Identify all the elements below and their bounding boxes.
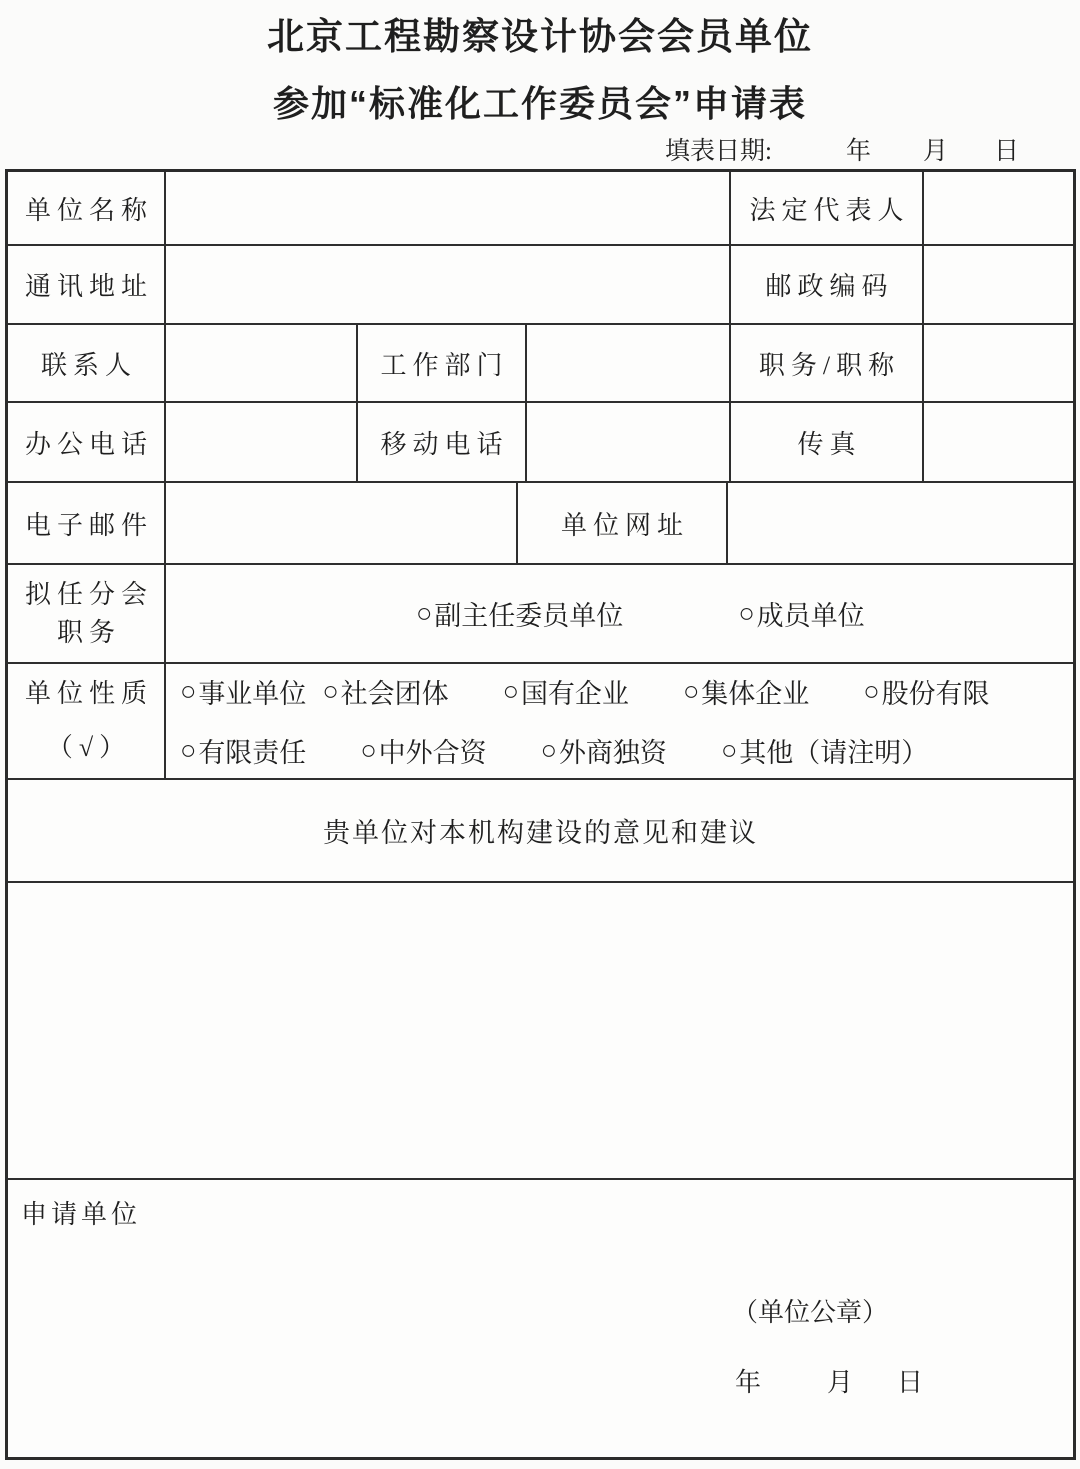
option-foreign-owned[interactable]: ○外商独资 xyxy=(541,731,667,770)
unit-type-label: 单位性质 （√） xyxy=(8,664,166,778)
fax-field[interactable] xyxy=(924,403,1073,481)
branch-role-label: 拟任分会 职务 xyxy=(8,565,166,662)
unit-type-label-line2: （√） xyxy=(41,731,131,765)
option-other[interactable]: ○其他（请注明） xyxy=(721,731,928,770)
table-row: 联系人 工作部门 职务/职称 xyxy=(8,325,1073,403)
fill-date-month-unit: 月 xyxy=(923,131,948,167)
form-title-line1: 北京工程勘察设计协会会员单位 xyxy=(0,6,1080,60)
option-joint-stock[interactable]: ○股份有限 xyxy=(863,672,989,711)
option-joint-stock-label: 股份有限 xyxy=(882,672,990,711)
fill-date-day-unit: 日 xyxy=(994,131,1019,167)
radio-circle-icon: ○ xyxy=(416,600,432,627)
radio-circle-icon: ○ xyxy=(721,737,737,764)
radio-circle-icon: ○ xyxy=(180,737,196,764)
office-phone-label: 办公电话 xyxy=(8,403,166,481)
branch-role-label-line2: 职务 xyxy=(51,616,121,650)
option-collective-label: 集体企业 xyxy=(701,672,809,711)
website-field[interactable] xyxy=(728,483,1073,563)
option-state-owned[interactable]: ○国有企业 xyxy=(503,672,629,711)
branch-role-options: ○副主任委员单位 ○成员单位 xyxy=(166,565,1073,662)
option-sino-foreign-jv-label: 中外合资 xyxy=(379,731,487,770)
application-form-table: 单位名称 法定代表人 通讯地址 邮政编码 联系人 工作部门 职务/职称 办公电话… xyxy=(5,169,1076,1460)
website-label: 单位网址 xyxy=(518,483,728,563)
application-form-page: 北京工程勘察设计协会会员单位 参加“标准化工作委员会”申请表 填表日期: 年 月… xyxy=(0,0,1080,1469)
department-field[interactable] xyxy=(527,325,731,401)
signature-year-unit: 年 xyxy=(735,1362,761,1399)
radio-circle-icon: ○ xyxy=(738,600,754,627)
signature-day-unit: 日 xyxy=(897,1362,923,1399)
stamp-note: （单位公章） xyxy=(732,1292,888,1329)
option-limited-liability-label: 有限责任 xyxy=(198,731,306,770)
option-sino-foreign-jv[interactable]: ○中外合资 xyxy=(360,731,486,770)
option-foreign-owned-label: 外商独资 xyxy=(559,731,667,770)
unit-type-options-line1: ○事业单位 ○社会团体 ○国有企业 ○集体企业 ○股份有限 xyxy=(180,672,990,711)
postcode-field[interactable] xyxy=(924,246,1073,323)
signature-area[interactable]: 申请单位 （单位公章） 年 月 日 xyxy=(8,1180,1073,1457)
radio-circle-icon: ○ xyxy=(863,678,879,705)
fill-date-line: 填表日期: 年 月 日 xyxy=(665,131,1019,167)
unit-type-options-line2: ○有限责任 ○中外合资 ○外商独资 ○其他（请注明） xyxy=(180,731,928,770)
position-field[interactable] xyxy=(924,325,1073,401)
applicant-unit-label: 申请单位 xyxy=(21,1194,141,1231)
contact-label: 联系人 xyxy=(8,325,166,401)
table-row: 申请单位 （单位公章） 年 月 日 xyxy=(8,1180,1073,1457)
signature-month-unit: 月 xyxy=(827,1362,853,1399)
option-vice-chair-unit-label: 副主任委员单位 xyxy=(434,594,623,633)
table-row: 单位性质 （√） ○事业单位 ○社会团体 ○国有企业 xyxy=(8,664,1073,780)
unit-type-option-pair: ○事业单位 ○社会团体 xyxy=(180,672,449,711)
radio-circle-icon: ○ xyxy=(503,678,519,705)
unit-type-options: ○事业单位 ○社会团体 ○国有企业 ○集体企业 ○股份有限 xyxy=(166,664,1073,778)
position-label: 职务/职称 xyxy=(731,325,924,401)
table-row: 办公电话 移动电话 传真 xyxy=(8,403,1073,483)
radio-circle-icon: ○ xyxy=(322,678,338,705)
option-public-institution-label: 事业单位 xyxy=(198,672,306,711)
option-public-institution[interactable]: ○事业单位 xyxy=(180,672,306,711)
unit-type-label-line1: 单位性质 xyxy=(19,677,153,711)
comments-area[interactable] xyxy=(8,883,1073,1178)
radio-circle-icon: ○ xyxy=(683,678,699,705)
mobile-label: 移动电话 xyxy=(358,403,527,481)
table-row: 电子邮件 单位网址 xyxy=(8,483,1073,565)
email-label: 电子邮件 xyxy=(8,483,166,563)
address-field[interactable] xyxy=(166,246,731,323)
option-limited-liability[interactable]: ○有限责任 xyxy=(180,731,306,770)
department-label: 工作部门 xyxy=(358,325,527,401)
radio-circle-icon: ○ xyxy=(360,737,376,764)
signature-date-line: 年 月 日 xyxy=(735,1362,923,1399)
table-row: 贵单位对本机构建设的意见和建议 xyxy=(8,780,1073,883)
table-row: 通讯地址 邮政编码 xyxy=(8,246,1073,325)
table-row xyxy=(8,883,1073,1180)
postcode-label: 邮政编码 xyxy=(731,246,924,323)
fill-date-label: 填表日期: xyxy=(665,131,772,167)
fax-label: 传真 xyxy=(731,403,924,481)
legal-rep-field[interactable] xyxy=(924,172,1073,244)
radio-circle-icon: ○ xyxy=(180,678,196,705)
option-social-organization[interactable]: ○社会团体 xyxy=(322,672,448,711)
email-field[interactable] xyxy=(166,483,518,563)
contact-field[interactable] xyxy=(166,325,358,401)
office-phone-field[interactable] xyxy=(166,403,358,481)
form-title-line2: 参加“标准化工作委员会”申请表 xyxy=(0,76,1080,127)
table-row: 拟任分会 职务 ○副主任委员单位 ○成员单位 xyxy=(8,565,1073,664)
unit-name-field[interactable] xyxy=(166,172,731,244)
branch-role-label-line1: 拟任分会 xyxy=(19,578,153,612)
address-label: 通讯地址 xyxy=(8,246,166,323)
option-collective[interactable]: ○集体企业 xyxy=(683,672,809,711)
radio-circle-icon: ○ xyxy=(541,737,557,764)
option-vice-chair-unit[interactable]: ○副主任委员单位 xyxy=(416,594,623,633)
legal-rep-label: 法定代表人 xyxy=(731,172,924,244)
option-member-unit[interactable]: ○成员单位 xyxy=(738,594,864,633)
option-social-organization-label: 社会团体 xyxy=(341,672,449,711)
mobile-field[interactable] xyxy=(527,403,731,481)
option-member-unit-label: 成员单位 xyxy=(757,594,865,633)
fill-date-year-unit: 年 xyxy=(846,131,871,167)
option-state-owned-label: 国有企业 xyxy=(521,672,629,711)
option-other-label: 其他（请注明） xyxy=(739,731,928,770)
table-row: 单位名称 法定代表人 xyxy=(8,172,1073,246)
comments-header: 贵单位对本机构建设的意见和建议 xyxy=(8,780,1073,881)
unit-name-label: 单位名称 xyxy=(8,172,166,244)
